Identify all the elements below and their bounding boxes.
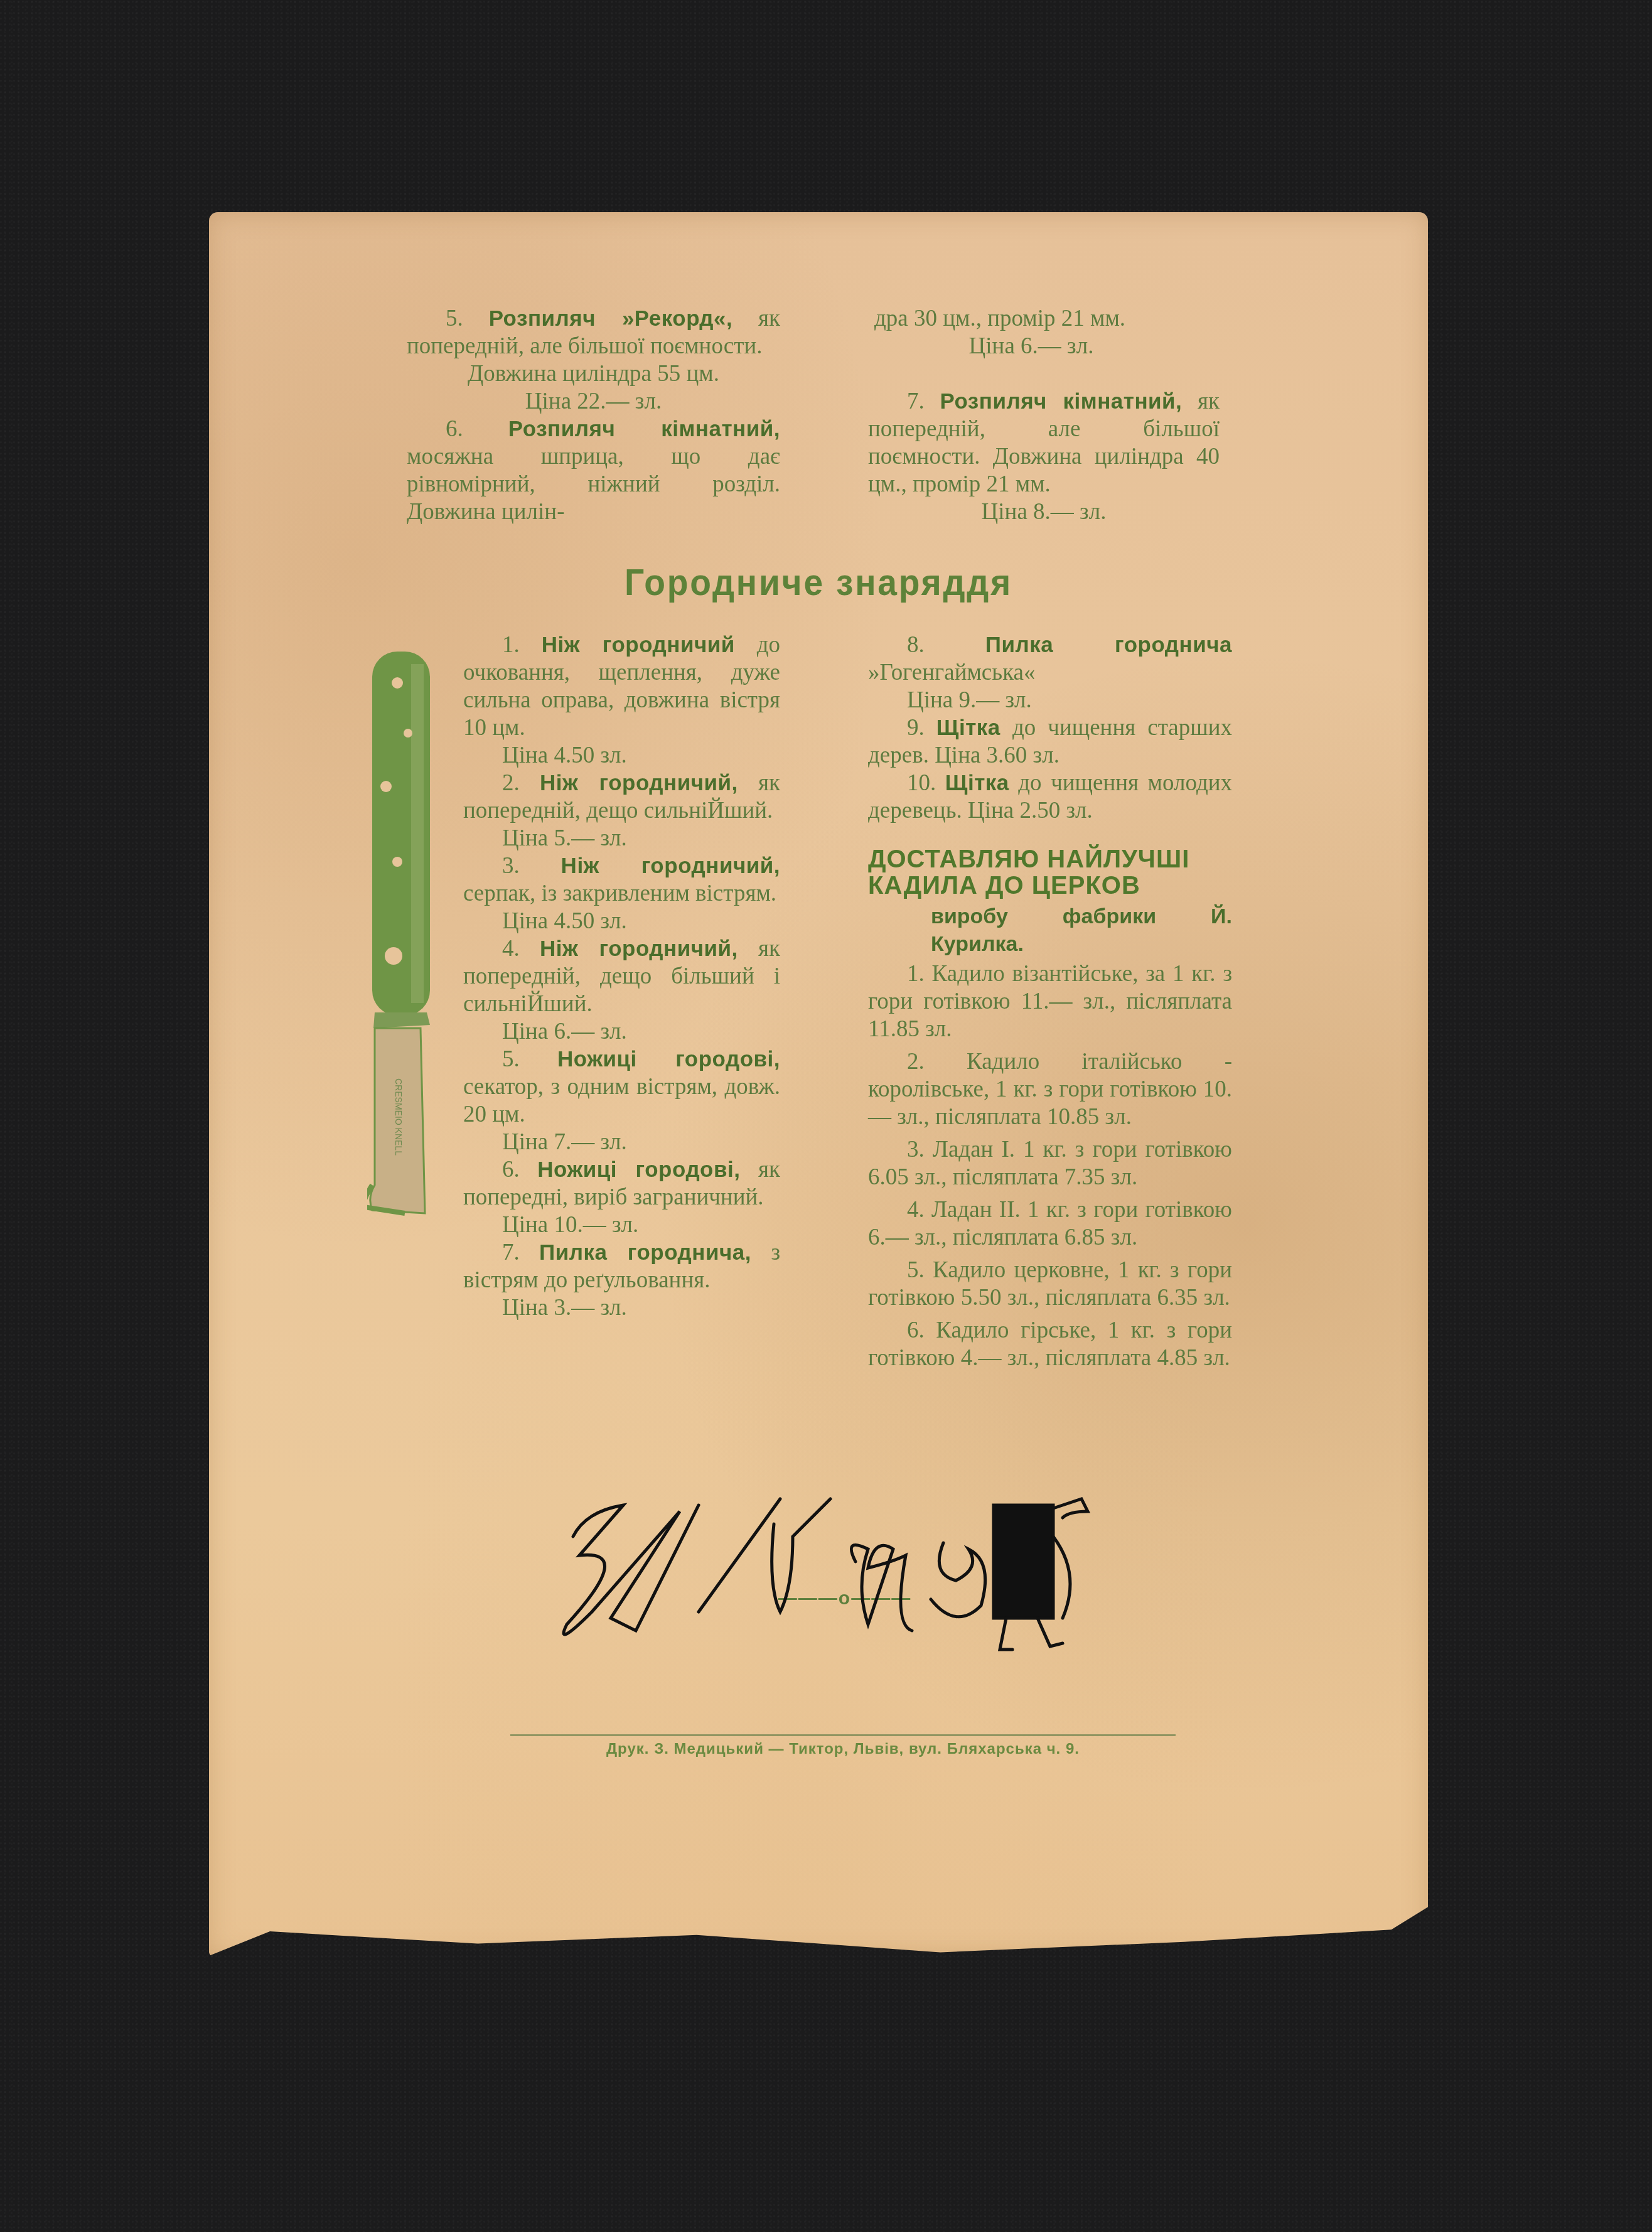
tool-name: Ножиці городові, — [537, 1157, 740, 1182]
incense-item: 5. Кадило церковне, 1 кг. з гори готівко… — [868, 1257, 1232, 1312]
incense-subheading: виробу фабрики Й. Курилка. — [868, 903, 1232, 958]
incense-item: 4. Ладан II. 1 кг. з гори готівкою 6.— з… — [868, 1196, 1232, 1252]
document-page: 5. Розпиляч »Рекорд«, як попередній, але… — [209, 212, 1428, 1956]
tool-item: 10. Щітка до чищення молодих деревець. Ц… — [868, 770, 1232, 825]
garden-tools-right-column: 8. Пилка городнича »Гогенгаймська« Ціна … — [868, 631, 1232, 1372]
incense-item: 2. Кадило італійсько - королівське, 1 кг… — [868, 1048, 1232, 1131]
tool-price: Ціна 6.— зл. — [463, 1018, 780, 1046]
tool-item: 9. Щітка до чищення старших дерев. Ціна … — [868, 714, 1232, 770]
tool-price: Ціна 7.— зл. — [463, 1129, 780, 1156]
item-number: 6. — [446, 416, 463, 442]
incense-item: 6. Кадило гірське, 1 кг. з гори готівкою… — [868, 1317, 1232, 1372]
item-number: 7. — [907, 389, 925, 414]
tool-item: 7. Пилка городнича, з вістрям до реґульо… — [463, 1239, 780, 1294]
tool-item: 4. Ніж городничий, як попередній, дещо б… — [463, 935, 780, 1018]
item-price: Ціна 22.— зл. — [407, 388, 780, 416]
tool-price: Ціна 10.— зл. — [463, 1211, 780, 1239]
item-price: Ціна 8.— зл. — [868, 498, 1220, 526]
tool-item: 2. Ніж городничий, як попередній, дещо с… — [463, 770, 780, 825]
tool-name: Ножиці городові, — [557, 1047, 780, 1071]
tool-item: 5. Ножиці городові, секатор, з одним віс… — [463, 1046, 780, 1129]
top-left-column: 5. Розпиляч »Рекорд«, як попередній, але… — [407, 305, 780, 526]
garden-knife-illustration: CRESMEIO KNELL — [367, 645, 442, 1273]
tool-price: Ціна 3.60 зл. — [935, 743, 1059, 768]
item-top-6: 6. Розпиляч кімнатний, мосяжна шприца, щ… — [407, 416, 780, 526]
item-continuation: дра 30 цм., промір 21 мм. — [868, 305, 1220, 333]
printer-imprint: Друк. З. Медицький — Тиктор, Львів, вул.… — [510, 1741, 1176, 1758]
tool-name: Пилка городнича — [985, 633, 1232, 657]
tool-price: Ціна 3.— зл. — [463, 1294, 780, 1322]
item-detail: Довжина цилiндра 55 цм. — [407, 360, 780, 388]
item-name: Розпиляч кімнатний, — [940, 389, 1182, 414]
svg-text:CRESMEIO KNELL: CRESMEIO KNELL — [394, 1078, 404, 1156]
tool-name: Щітка — [945, 771, 1009, 795]
tool-name: Ніж городничий, — [540, 936, 738, 961]
item-description: мосяжна шприца, що дає рівномірний, ніжн… — [407, 444, 780, 525]
tool-item: 8. Пилка городнича »Гогенгаймська« — [868, 631, 1232, 687]
tool-price: Ціна 4.50 зл. — [463, 742, 780, 770]
tool-item: 6. Ножиці городові, як попередні, виріб … — [463, 1156, 780, 1211]
tool-name: Ніж городничий, — [561, 854, 780, 878]
incense-item: 1. Кадило візантійське, за 1 кг. з гори … — [868, 960, 1232, 1043]
item-top-5: 5. Розпиляч »Рекорд«, як попередній, але… — [407, 305, 780, 360]
section-title: Городниче знаряддя — [258, 561, 1380, 604]
tool-name: Щітка — [936, 716, 1000, 740]
tool-name: Ніж городничий, — [540, 771, 738, 795]
top-right-column: дра 30 цм., промір 21 мм. Ціна 6.— зл. 7… — [868, 305, 1220, 526]
printer-rule — [510, 1734, 1176, 1736]
tool-price: Ціна 4.50 зл. — [463, 908, 780, 935]
tool-price: Ціна 2.50 зл. — [968, 798, 1093, 824]
tool-item: 3. Ніж городничий, серпак, із закривлени… — [463, 852, 780, 908]
item-price: Ціна 6.— зл. — [868, 333, 1220, 360]
item-top-7: 7. Розпиляч кімнатний, як попередній, ал… — [868, 388, 1220, 498]
tool-name: Ніж городничий — [542, 633, 735, 657]
item-name: Розпиляч »Рекорд«, — [489, 306, 733, 331]
incense-heading: ДОСТАВЛЯЮ НАЙЛУЧШІ КАДИЛА ДО ЦЕРКОВ — [868, 846, 1232, 899]
incense-item: 3. Ладан I. 1 кг. з гори готівкою 6.05 з… — [868, 1136, 1232, 1191]
handwritten-scribble — [542, 1461, 1119, 1662]
tool-price: Ціна 5.— зл. — [463, 825, 780, 852]
item-name: Розпиляч кімнатний, — [508, 417, 780, 441]
tool-item: 1. Ніж городничий до очковання, щеплення… — [463, 631, 780, 742]
item-number: 5. — [446, 306, 463, 331]
tool-price: Ціна 9.— зл. — [868, 687, 1232, 714]
tool-name: Пилка городнича, — [539, 1240, 751, 1265]
garden-tools-left-column: 1. Ніж городничий до очковання, щеплення… — [463, 631, 780, 1322]
